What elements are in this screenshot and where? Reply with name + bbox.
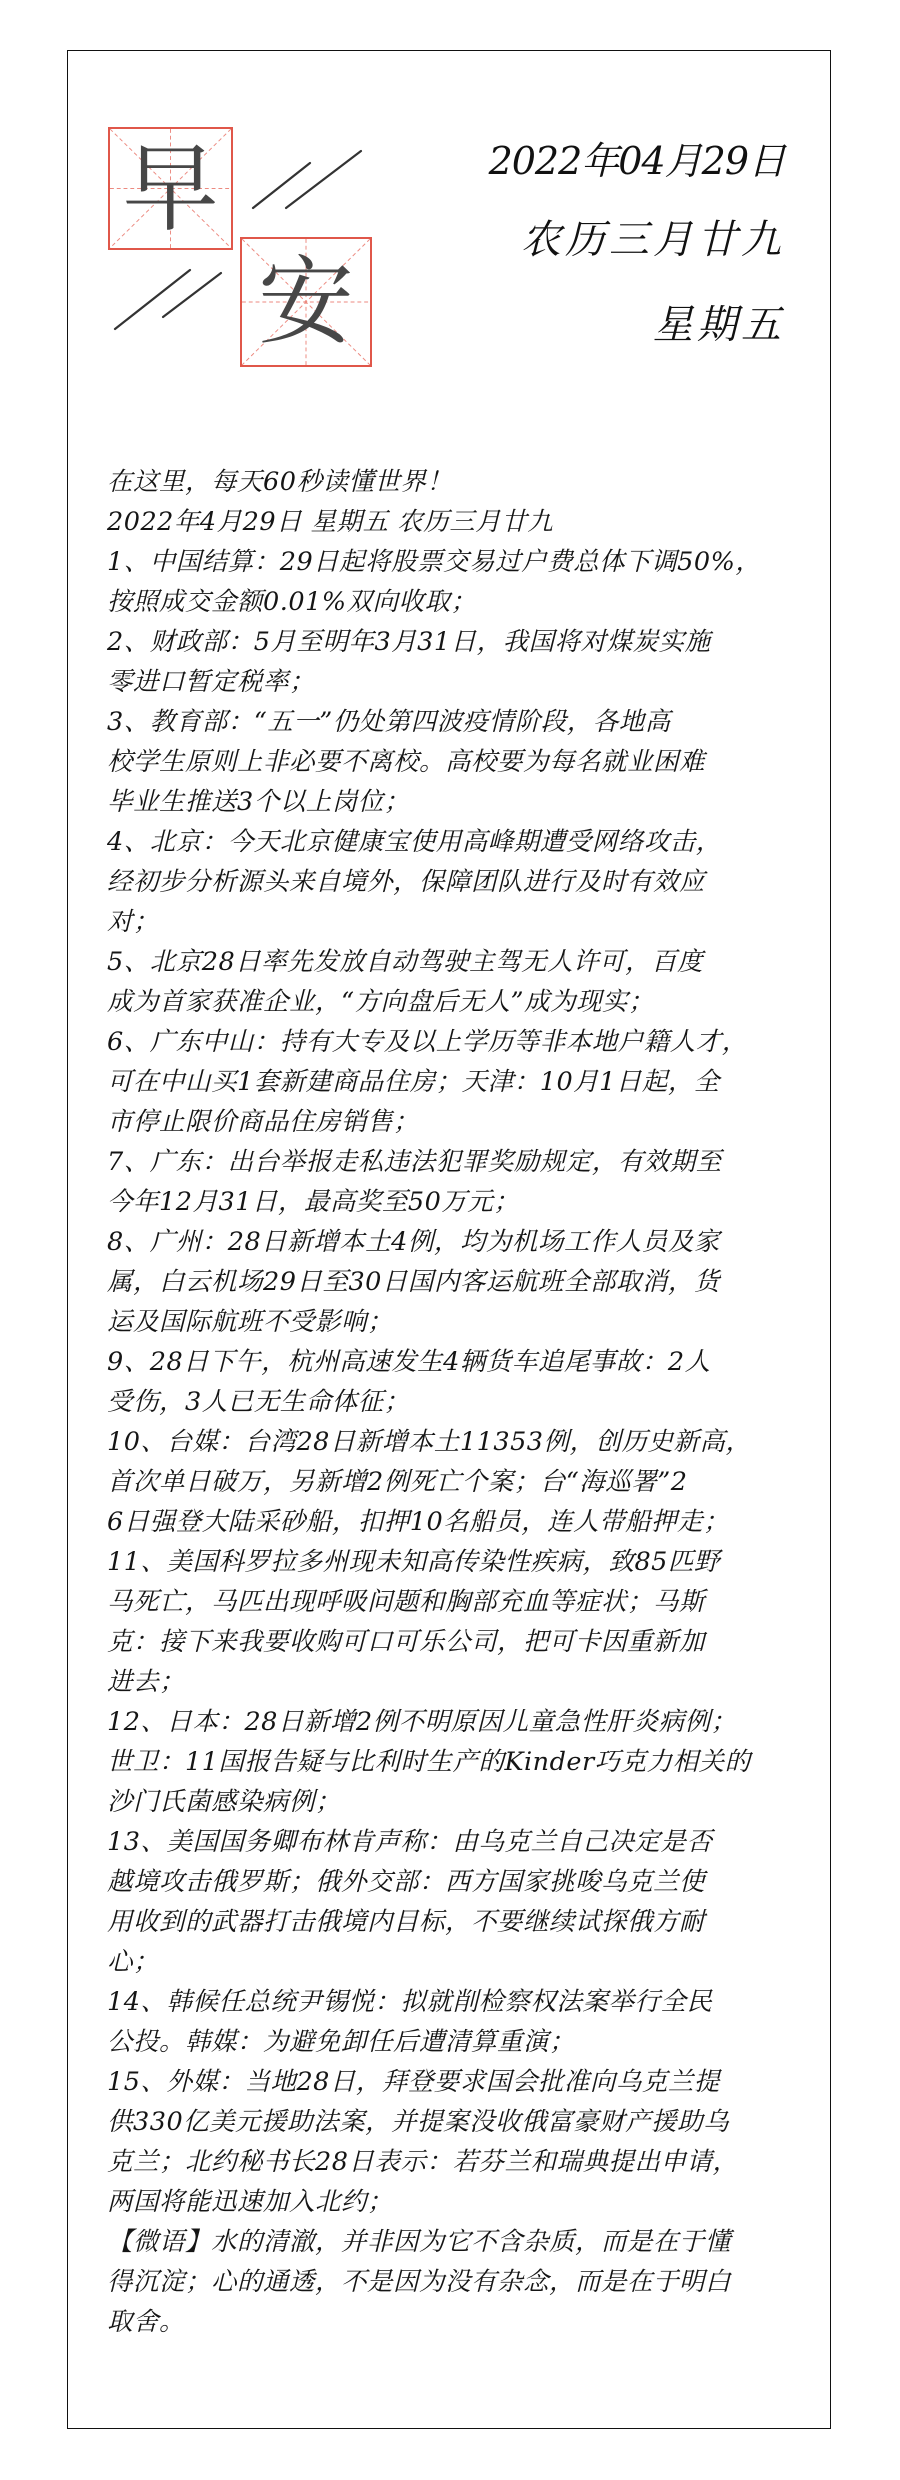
news-line: 沙门氏菌感染病例； xyxy=(107,1782,807,1822)
news-line: 1、中国结算：29日起将股票交易过户费总体下调50%， xyxy=(107,542,807,582)
news-line: 今年12月31日，最高奖至50万元； xyxy=(107,1182,807,1222)
quote-line: 得沉淀；心的通透，不是因为没有杂念，而是在于明白 xyxy=(107,2262,807,2302)
greeting-char-zao: 早 xyxy=(110,129,231,248)
news-line: 4、北京：今天北京健康宝使用高峰期遭受网络攻击， xyxy=(107,822,807,862)
news-line: 首次单日破万，另新增2例死亡个案；台“海巡署”2 xyxy=(107,1462,807,1502)
news-line: 克：接下来我要收购可口可乐公司，把可卡因重新加 xyxy=(107,1622,807,1662)
news-line: 13、美国国务卿布林肯声称：由乌克兰自己决定是否 xyxy=(107,1822,807,1862)
date-line: 2022年4月29日 星期五 农历三月廿九 xyxy=(107,502,807,542)
news-line: 进去； xyxy=(107,1662,807,1702)
news-line: 世卫：11国报告疑与比利时生产的Kinder巧克力相关的 xyxy=(107,1742,807,1782)
news-line: 用收到的武器打击俄境内目标，不要继续试探俄方耐 xyxy=(107,1902,807,1942)
news-line: 成为首家获准企业，“方向盘后无人”成为现实； xyxy=(107,982,807,1022)
news-line: 10、台媒：台湾28日新增本土11353例，创历史新高， xyxy=(107,1422,807,1462)
news-line: 经初步分析源头来自境外，保障团队进行及时有效应 xyxy=(107,862,807,902)
news-line: 运及国际航班不受影响； xyxy=(107,1302,807,1342)
intro-line: 在这里，每天60秒读懂世界！ xyxy=(107,462,807,502)
news-body: 在这里，每天60秒读懂世界！ 2022年4月29日 星期五 农历三月廿九 1、中… xyxy=(107,462,807,2342)
news-line: 克兰；北约秘书长28日表示：若芬兰和瑞典提出申请， xyxy=(107,2142,807,2182)
news-line: 6、广东中山：持有大专及以上学历等非本地户籍人才， xyxy=(107,1022,807,1062)
news-line: 毕业生推送3个以上岗位； xyxy=(107,782,807,822)
greeting-char-an: 安 xyxy=(242,239,370,365)
news-line: 9、28日下午，杭州高速发生4辆货车追尾事故：2人 xyxy=(107,1342,807,1382)
header-date: 2022年04月29日 xyxy=(489,142,785,180)
news-line: 15、外媒：当地28日，拜登要求国会批准向乌克兰提 xyxy=(107,2062,807,2102)
quote-line: 取舍。 xyxy=(107,2302,807,2342)
news-line: 市停止限价商品住房销售； xyxy=(107,1102,807,1142)
news-line: 供330亿美元援助法案，并提案没收俄富豪财产援助乌 xyxy=(107,2102,807,2142)
news-line: 公投。韩媒：为避免卸任后遭清算重演； xyxy=(107,2022,807,2062)
news-line: 受伤，3人已无生命体征； xyxy=(107,1382,807,1422)
news-line: 按照成交金额0.01%双向收取； xyxy=(107,582,807,622)
news-line: 对； xyxy=(107,902,807,942)
news-line: 可在中山买1套新建商品住房；天津：10月1日起，全 xyxy=(107,1062,807,1102)
greeting-box-an: 安 xyxy=(240,237,372,367)
news-line: 14、韩候任总统尹锡悦：拟就削检察权法案举行全民 xyxy=(107,1982,807,2022)
quote-line: 【微语】水的清澈，并非因为它不含杂质，而是在于懂 xyxy=(107,2222,807,2262)
news-line: 两国将能迅速加入北约； xyxy=(107,2182,807,2222)
news-line: 5、北京28日率先发放自动驾驶主驾无人许可，百度 xyxy=(107,942,807,982)
news-line: 7、广东：出台举报走私违法犯罪奖励规定，有效期至 xyxy=(107,1142,807,1182)
news-line: 零进口暂定税率； xyxy=(107,662,807,702)
news-line: 校学生原则上非必要不离校。高校要为每名就业困难 xyxy=(107,742,807,782)
news-line: 3、教育部：“五一”仍处第四波疫情阶段，各地高 xyxy=(107,702,807,742)
greeting-box-zao: 早 xyxy=(108,127,233,250)
news-line: 心； xyxy=(107,1942,807,1982)
news-line: 8、广州：28日新增本土4例，均为机场工作人员及家 xyxy=(107,1222,807,1262)
news-line: 12、日本：28日新增2例不明原因儿童急性肝炎病例； xyxy=(107,1702,807,1742)
news-line: 6日强登大陆采砂船，扣押10名船员，连人带船押走； xyxy=(107,1502,807,1542)
header-lunar-date: 农历三月廿九 xyxy=(521,220,785,260)
news-line: 马死亡，马匹出现呼吸问题和胸部充血等症状；马斯 xyxy=(107,1582,807,1622)
news-line: 越境攻击俄罗斯；俄外交部：西方国家挑唆乌克兰使 xyxy=(107,1862,807,1902)
news-line: 属，白云机场29日至30日国内客运航班全部取消，货 xyxy=(107,1262,807,1302)
header-weekday: 星期五 xyxy=(653,305,785,345)
news-line: 11、美国科罗拉多州现未知高传染性疾病，致85匹野 xyxy=(107,1542,807,1582)
news-line: 2、财政部：5月至明年3月31日，我国将对煤炭实施 xyxy=(107,622,807,662)
